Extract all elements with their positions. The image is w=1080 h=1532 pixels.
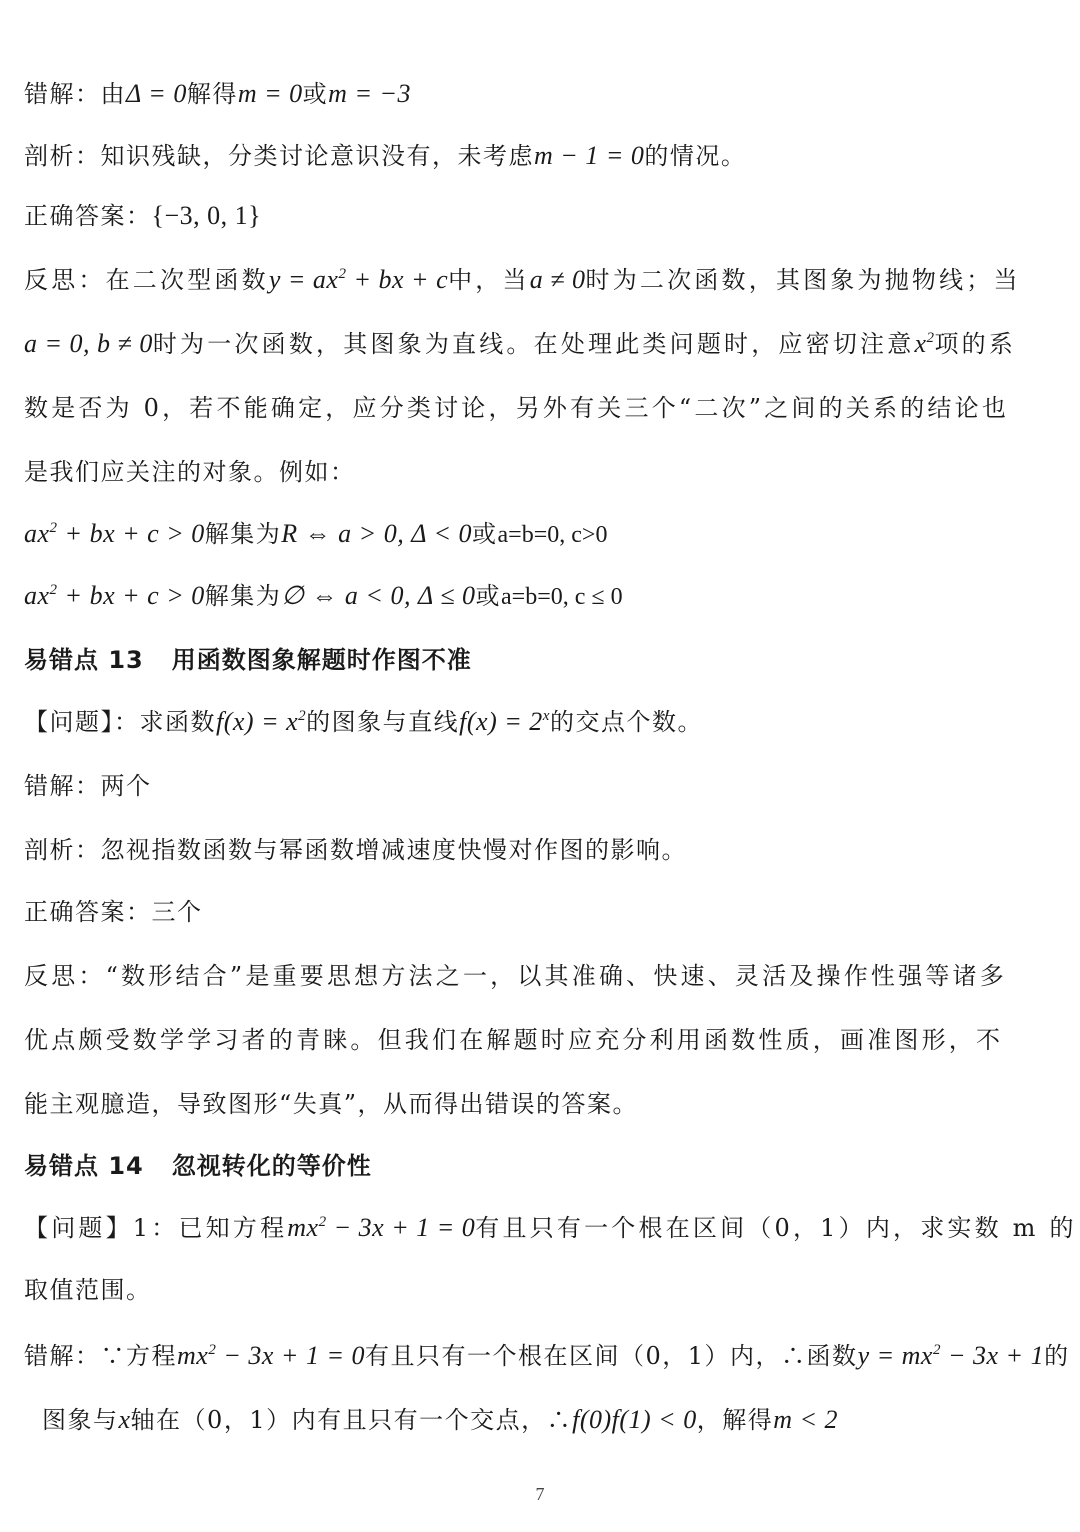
- text-run: 错解：∵方程: [24, 1342, 177, 1370]
- math-formula: R ⇔ a > 0, Δ < 0: [281, 519, 472, 548]
- formula-text: m = 0: [238, 79, 303, 108]
- math-formula: + bx + c > 0: [58, 519, 205, 548]
- text-line: 取值范围。: [24, 1274, 1056, 1306]
- math-formula: a = 0, b ≠ 0: [24, 329, 153, 358]
- text-run: 解集为: [205, 582, 282, 610]
- text-run: 或: [476, 582, 502, 610]
- formula-text: f(x) = 2: [459, 707, 543, 736]
- formula-text: a ≠ 0: [530, 265, 586, 294]
- superscript: 2: [298, 708, 306, 724]
- text-run: 正确答案：: [24, 202, 152, 230]
- text-line: 优点颇受数学学习者的青睐。但我们在解题时应充分利用函数性质，画准图形，不: [24, 1024, 1056, 1056]
- text-line: 数是否为 0，若不能确定，应分类讨论，另外有关三个“二次”之间的关系的结论也: [24, 392, 1056, 424]
- text-run: 或: [303, 80, 329, 108]
- math-formula: + bx + c: [346, 265, 448, 294]
- formula-text: R ⇔ a > 0, Δ < 0: [281, 519, 472, 548]
- formula-text: ax: [24, 581, 50, 610]
- text-run: 数是否为 0，若不能确定，应分类讨论，另外有关三个“二次”之间的关系的结论也: [24, 394, 1009, 422]
- math-formula: − 3x + 1 = 0: [327, 1213, 476, 1242]
- math-formula: ax2: [24, 519, 58, 548]
- text-run: 剖析：忽视指数函数与幂函数增减速度快慢对作图的影响。: [24, 836, 687, 864]
- math-formula: + bx + c > 0: [58, 581, 205, 610]
- math-formula: y = mx2: [858, 1341, 941, 1370]
- text-run: 或: [472, 520, 498, 548]
- formula-text: m < 2: [773, 1405, 838, 1434]
- formula-text: f(x) = x: [216, 707, 298, 736]
- text-run: 【问题】：求函数: [24, 708, 216, 736]
- formula-text: Δ = 0: [126, 79, 187, 108]
- math-formula: Δ = 0: [126, 79, 187, 108]
- page-number: 7: [0, 1484, 1080, 1505]
- text-line: 错解：∵方程mx2 − 3x + 1 = 0有且只有一个根在区间（0，1）内，∴…: [24, 1340, 1056, 1372]
- text-run: 解得: [187, 80, 238, 108]
- text-run: 能主观臆造，导致图形“失真”，从而得出错误的答案。: [24, 1090, 638, 1118]
- math-formula: m = 0: [238, 79, 303, 108]
- math-formula: f(0)f(1) < 0: [572, 1405, 697, 1434]
- formula-text: x: [119, 1405, 131, 1434]
- text-line: a = 0, b ≠ 0时为一次函数，其图象为直线。在处理此类问题时，应密切注意…: [24, 328, 1056, 360]
- text-run: 图象与: [42, 1406, 119, 1434]
- text-run: 优点颇受数学学习者的青睐。但我们在解题时应充分利用函数性质，画准图形，不: [24, 1026, 1003, 1054]
- superscript: x: [543, 708, 550, 724]
- text-line: 反思：“数形结合”是重要思想方法之一，以其准确、快速、灵活及操作性强等诸多: [24, 960, 1056, 992]
- math-formula: − 3x + 1: [941, 1341, 1044, 1370]
- math-formula: f(x) = 2x: [459, 707, 550, 736]
- math-formula: mx2: [177, 1341, 216, 1370]
- section-title: 用函数图象解题时作图不准: [172, 646, 472, 674]
- text-run: 的: [1044, 1342, 1070, 1370]
- formula-text: y = mx: [858, 1341, 933, 1370]
- formula-text: − 3x + 1: [941, 1341, 1044, 1370]
- text-line: 错解：两个: [24, 770, 1056, 802]
- math-run: a=b=0, c ≤ 0: [501, 584, 623, 610]
- text-run: 项的系: [934, 330, 1016, 358]
- text-run: 时为一次函数，其图象为直线。在处理此类问题时，应密切注意: [153, 330, 915, 358]
- text-run: 有且只有一个根在区间（0，1）内，∴函数: [365, 1342, 858, 1370]
- text-line: 错解：由Δ = 0解得m = 0或m = −3: [24, 78, 1056, 110]
- formula-text: m = −3: [328, 79, 411, 108]
- text-line: 是我们应关注的对象。例如：: [24, 456, 1056, 488]
- formula-text: ax: [24, 519, 50, 548]
- formula-text: + bx + c: [346, 265, 448, 294]
- formula-text: + bx + c > 0: [58, 519, 205, 548]
- math-formula: mx2: [287, 1213, 326, 1242]
- text-run: 的情况。: [644, 142, 746, 170]
- text-run: 【问题】1：已知方程: [24, 1214, 287, 1242]
- section-heading: 易错点 14忽视转化的等价性: [24, 1150, 1056, 1182]
- text-run: ，解得: [697, 1406, 774, 1434]
- section-title: 忽视转化的等价性: [172, 1152, 372, 1180]
- text-line: 【问题】1：已知方程mx2 − 3x + 1 = 0有且只有一个根在区间（0，1…: [24, 1212, 1056, 1244]
- superscript: 2: [319, 1214, 327, 1230]
- text-run: 解集为: [205, 520, 282, 548]
- text-run: 反思：在二次型函数: [24, 266, 269, 294]
- text-line: 剖析：知识残缺，分类讨论意识没有，未考虑m − 1 = 0的情况。: [24, 140, 1056, 172]
- math-formula: y = ax2: [269, 265, 347, 294]
- text-run: 中，当: [448, 266, 530, 294]
- text-line: 正确答案：{−3, 0, 1}: [24, 200, 1056, 232]
- text-run: 的交点个数。: [550, 708, 703, 736]
- formula-text: a = 0, b ≠ 0: [24, 329, 153, 358]
- math-formula: a ≠ 0: [530, 265, 586, 294]
- text-run: 正确答案：三个: [24, 898, 203, 926]
- text-run: 取值范围。: [24, 1276, 152, 1304]
- text-line: ax2 + bx + c > 0解集为∅ ⇔ a < 0, Δ ≤ 0或a=b=…: [24, 580, 1056, 613]
- math-formula: {−3, 0, 1}: [152, 201, 262, 230]
- text-line: 能主观臆造，导致图形“失真”，从而得出错误的答案。: [24, 1088, 1056, 1120]
- formula-text: mx: [177, 1341, 208, 1370]
- math-formula: x2: [914, 329, 934, 358]
- math-formula: m − 1 = 0: [534, 141, 644, 170]
- section-label: 易错点 14: [24, 1152, 144, 1180]
- math-formula: ax2: [24, 581, 58, 610]
- section-label: 易错点 13: [24, 646, 144, 674]
- text-line: 剖析：忽视指数函数与幂函数增减速度快慢对作图的影响。: [24, 834, 1056, 866]
- formula-text: {−3, 0, 1}: [152, 201, 262, 230]
- formula-text: y = ax: [269, 265, 339, 294]
- math-formula: x: [119, 1405, 131, 1434]
- formula-text: f(0)f(1) < 0: [572, 1405, 697, 1434]
- formula-text: − 3x + 1 = 0: [327, 1213, 476, 1242]
- text-line: 正确答案：三个: [24, 896, 1056, 928]
- formula-text: mx: [287, 1213, 318, 1242]
- math-formula: m < 2: [773, 1405, 838, 1434]
- math-formula: − 3x + 1 = 0: [216, 1341, 365, 1370]
- math-formula: ∅ ⇔ a < 0, Δ ≤ 0: [281, 581, 475, 610]
- text-run: 有且只有一个根在区间（0，1）内，求实数 m 的: [475, 1214, 1076, 1242]
- text-run: 的图象与直线: [306, 708, 459, 736]
- math-formula: m = −3: [328, 79, 411, 108]
- superscript: 2: [50, 582, 58, 598]
- text-run: 反思：“数形结合”是重要思想方法之一，以其准确、快速、灵活及操作性强等诸多: [24, 962, 1007, 990]
- text-run: 是我们应关注的对象。例如：: [24, 458, 356, 486]
- text-run: 错解：两个: [24, 772, 152, 800]
- text-line: 【问题】：求函数f(x) = x2的图象与直线f(x) = 2x的交点个数。: [24, 706, 1056, 738]
- formula-text: + bx + c > 0: [58, 581, 205, 610]
- formula-text: x: [914, 329, 926, 358]
- superscript: 2: [50, 520, 58, 536]
- text-run: 剖析：知识残缺，分类讨论意识没有，未考虑: [24, 142, 534, 170]
- text-line: 反思：在二次型函数y = ax2 + bx + c中，当a ≠ 0时为二次函数，…: [24, 264, 1056, 296]
- text-line: 图象与x轴在（0，1）内有且只有一个交点，∴f(0)f(1) < 0，解得m <…: [42, 1404, 1056, 1436]
- text-run: 错解：由: [24, 80, 126, 108]
- superscript: 2: [933, 1342, 941, 1358]
- formula-text: ∅ ⇔ a < 0, Δ ≤ 0: [281, 581, 475, 610]
- math-run: a=b=0, c>0: [498, 522, 608, 548]
- text-run: 时为二次函数，其图象为抛物线；当: [586, 266, 1021, 294]
- formula-text: − 3x + 1 = 0: [216, 1341, 365, 1370]
- section-heading: 易错点 13用函数图象解题时作图不准: [24, 644, 1056, 676]
- text-run: 轴在（0，1）内有且只有一个交点，∴: [131, 1406, 573, 1434]
- math-formula: f(x) = x2: [216, 707, 306, 736]
- text-line: ax2 + bx + c > 0解集为R ⇔ a > 0, Δ < 0或a=b=…: [24, 518, 1056, 551]
- formula-text: m − 1 = 0: [534, 141, 644, 170]
